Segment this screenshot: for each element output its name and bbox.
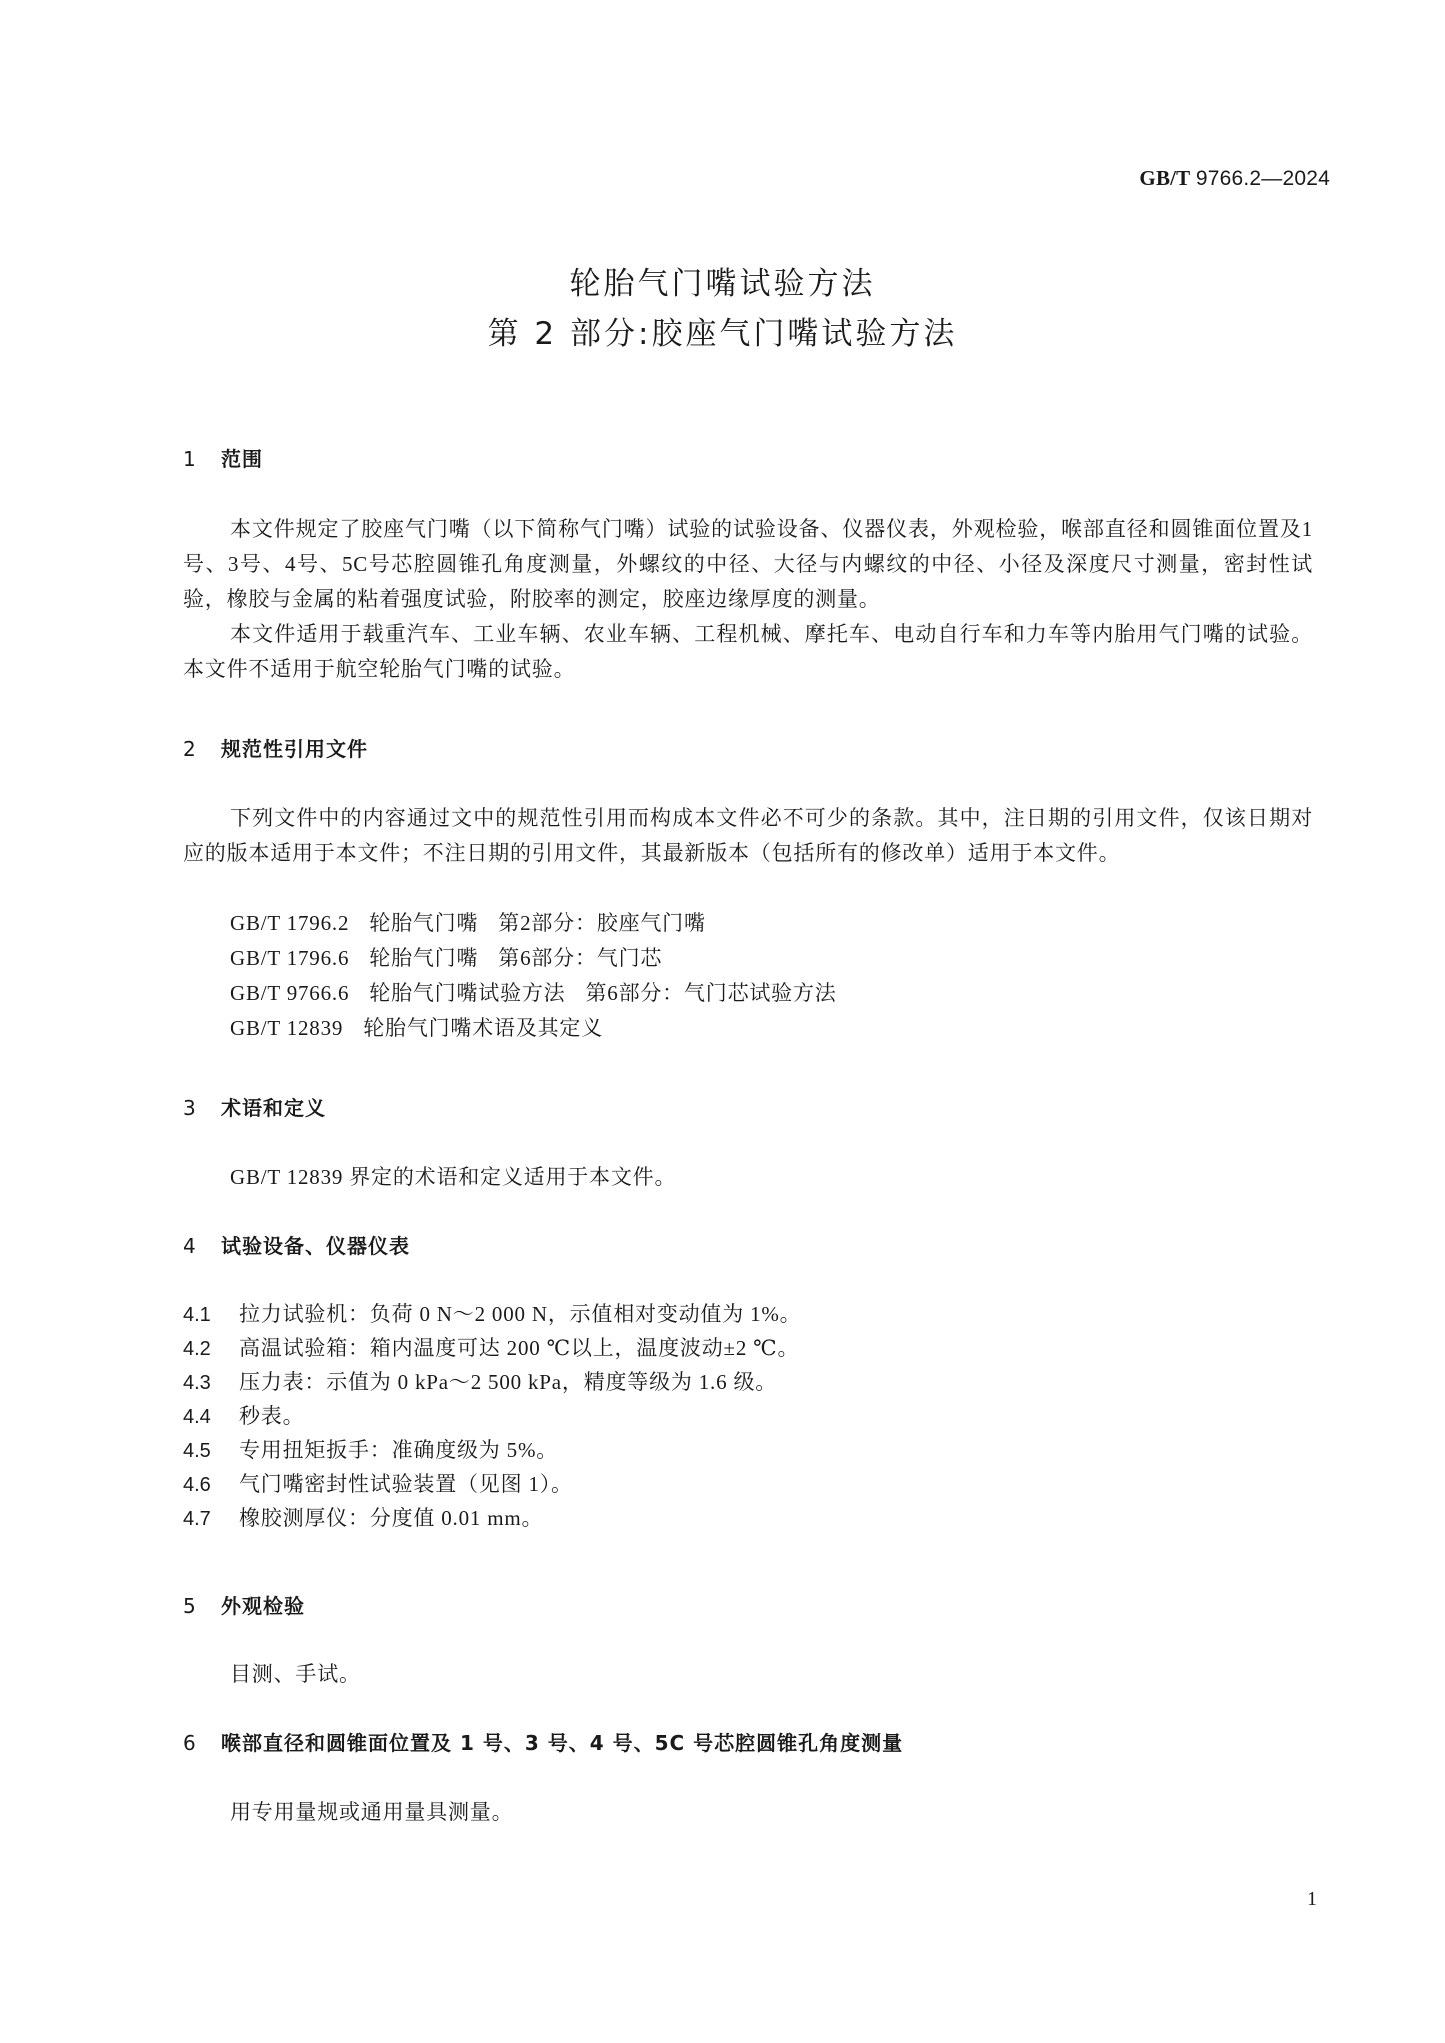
section-heading-2: 2规范性引用文件 (183, 733, 368, 762)
equipment-clause-list: 4.1拉力试验机：负荷 0 N～2 000 N，示值相对变动值为 1%。 4.2… (183, 1298, 801, 1536)
paragraph: 用专用量规或通用量具测量。 (183, 1795, 1313, 1830)
section-number: 3 (183, 1096, 221, 1120)
reference-part: 第6部分：气门芯 (498, 946, 662, 970)
document-subtitle: 第 2 部分:胶座气门嘴试验方法 (0, 308, 1445, 353)
paragraph: 目测、手试。 (183, 1657, 1313, 1692)
clause-text: 气门嘴密封性试验装置（见图 1）。 (239, 1472, 573, 1496)
standard-prefix: GB/T (1139, 166, 1190, 190)
reference-item: GB/T 1796.6轮胎气门嘴第6部分：气门芯 (230, 941, 837, 976)
clause-number: 4.7 (183, 1503, 239, 1536)
standard-code: 9766.2—2024 (1196, 167, 1330, 190)
clause-number: 4.4 (183, 1401, 239, 1434)
paragraph: 本文件规定了胶座气门嘴（以下简称气门嘴）试验的试验设备、仪器仪表，外观检验，喉部… (183, 512, 1313, 617)
clause-text: 橡胶测厚仪：分度值 0.01 mm。 (239, 1506, 543, 1530)
reference-part: 第2部分：胶座气门嘴 (498, 911, 706, 935)
clause-number: 4.2 (183, 1333, 239, 1366)
paragraph: 下列文件中的内容通过文中的规范性引用而构成本文件必不可少的条款。其中，注日期的引… (183, 801, 1313, 871)
section-number: 1 (183, 447, 221, 471)
reference-code: GB/T 1796.6 (230, 941, 349, 976)
clause-text: 拉力试验机：负荷 0 N～2 000 N，示值相对变动值为 1%。 (239, 1302, 801, 1326)
section-body-3: GB/T 12839 界定的术语和定义适用于本文件。 (183, 1160, 1313, 1195)
section-title: 规范性引用文件 (221, 737, 368, 761)
reference-item: GB/T 1796.2轮胎气门嘴第2部分：胶座气门嘴 (230, 906, 837, 941)
clause-number: 4.5 (183, 1435, 239, 1468)
reference-part: 第6部分：气门芯试验方法 (585, 981, 836, 1005)
section-body-5: 目测、手试。 (183, 1657, 1313, 1692)
reference-title: 轮胎气门嘴 (369, 911, 478, 935)
clause-text: 高温试验箱：箱内温度可达 200 ℃以上，温度波动±2 ℃。 (239, 1336, 799, 1360)
reference-code: GB/T 1796.2 (230, 906, 349, 941)
section-title: 范围 (221, 447, 263, 471)
clause-text: 压力表：示值为 0 kPa～2 500 kPa，精度等级为 1.6 级。 (239, 1370, 777, 1394)
section-body-2: 下列文件中的内容通过文中的规范性引用而构成本文件必不可少的条款。其中，注日期的引… (183, 801, 1313, 871)
section-heading-3: 3术语和定义 (183, 1092, 326, 1121)
section-title: 外观检验 (221, 1594, 305, 1618)
reference-title: 轮胎气门嘴 (369, 946, 478, 970)
clause-number: 4.6 (183, 1469, 239, 1502)
section-title: 术语和定义 (221, 1096, 326, 1120)
clause-number: 4.3 (183, 1367, 239, 1400)
clause-item: 4.3压力表：示值为 0 kPa～2 500 kPa，精度等级为 1.6 级。 (183, 1366, 801, 1400)
section-body-1: 本文件规定了胶座气门嘴（以下简称气门嘴）试验的试验设备、仪器仪表，外观检验，喉部… (183, 512, 1313, 687)
document-page: GB/T 9766.2—2024 轮胎气门嘴试验方法 第 2 部分:胶座气门嘴试… (0, 0, 1445, 2043)
section-title: 试验设备、仪器仪表 (221, 1234, 410, 1258)
section-number: 6 (183, 1731, 221, 1755)
reference-title: 轮胎气门嘴试验方法 (369, 981, 565, 1005)
clause-item: 4.2高温试验箱：箱内温度可达 200 ℃以上，温度波动±2 ℃。 (183, 1332, 801, 1366)
section-number: 5 (183, 1594, 221, 1618)
normative-references-list: GB/T 1796.2轮胎气门嘴第2部分：胶座气门嘴 GB/T 1796.6轮胎… (230, 906, 837, 1046)
section-number: 4 (183, 1234, 221, 1258)
paragraph: GB/T 12839 界定的术语和定义适用于本文件。 (183, 1160, 1313, 1195)
section-number: 2 (183, 737, 221, 761)
section-heading-1: 1范围 (183, 443, 263, 472)
clause-item: 4.7橡胶测厚仪：分度值 0.01 mm。 (183, 1502, 801, 1536)
page-number: 1 (1307, 1888, 1317, 1911)
clause-text: 专用扭矩扳手：准确度级为 5%。 (239, 1438, 558, 1462)
section-heading-4: 4试验设备、仪器仪表 (183, 1230, 410, 1259)
reference-code: GB/T 12839 (230, 1011, 343, 1046)
standard-number: GB/T 9766.2—2024 (1139, 166, 1330, 191)
reference-title: 轮胎气门嘴术语及其定义 (363, 1016, 603, 1040)
clause-item: 4.6气门嘴密封性试验装置（见图 1）。 (183, 1468, 801, 1502)
clause-item: 4.4秒表。 (183, 1400, 801, 1434)
paragraph: 本文件适用于载重汽车、工业车辆、农业车辆、工程机械、摩托车、电动自行车和力车等内… (183, 617, 1313, 687)
section-title: 喉部直径和圆锥面位置及 1 号、3 号、4 号、5C 号芯腔圆锥孔角度测量 (221, 1731, 903, 1755)
section-heading-6: 6喉部直径和圆锥面位置及 1 号、3 号、4 号、5C 号芯腔圆锥孔角度测量 (183, 1727, 903, 1756)
clause-text: 秒表。 (239, 1404, 304, 1428)
clause-number: 4.1 (183, 1299, 239, 1332)
reference-item: GB/T 12839轮胎气门嘴术语及其定义 (230, 1011, 837, 1046)
clause-item: 4.5专用扭矩扳手：准确度级为 5%。 (183, 1434, 801, 1468)
section-heading-5: 5外观检验 (183, 1590, 305, 1619)
clause-item: 4.1拉力试验机：负荷 0 N～2 000 N，示值相对变动值为 1%。 (183, 1298, 801, 1332)
reference-item: GB/T 9766.6轮胎气门嘴试验方法第6部分：气门芯试验方法 (230, 976, 837, 1011)
document-title: 轮胎气门嘴试验方法 (0, 258, 1445, 303)
reference-code: GB/T 9766.6 (230, 976, 349, 1011)
section-body-6: 用专用量规或通用量具测量。 (183, 1795, 1313, 1830)
